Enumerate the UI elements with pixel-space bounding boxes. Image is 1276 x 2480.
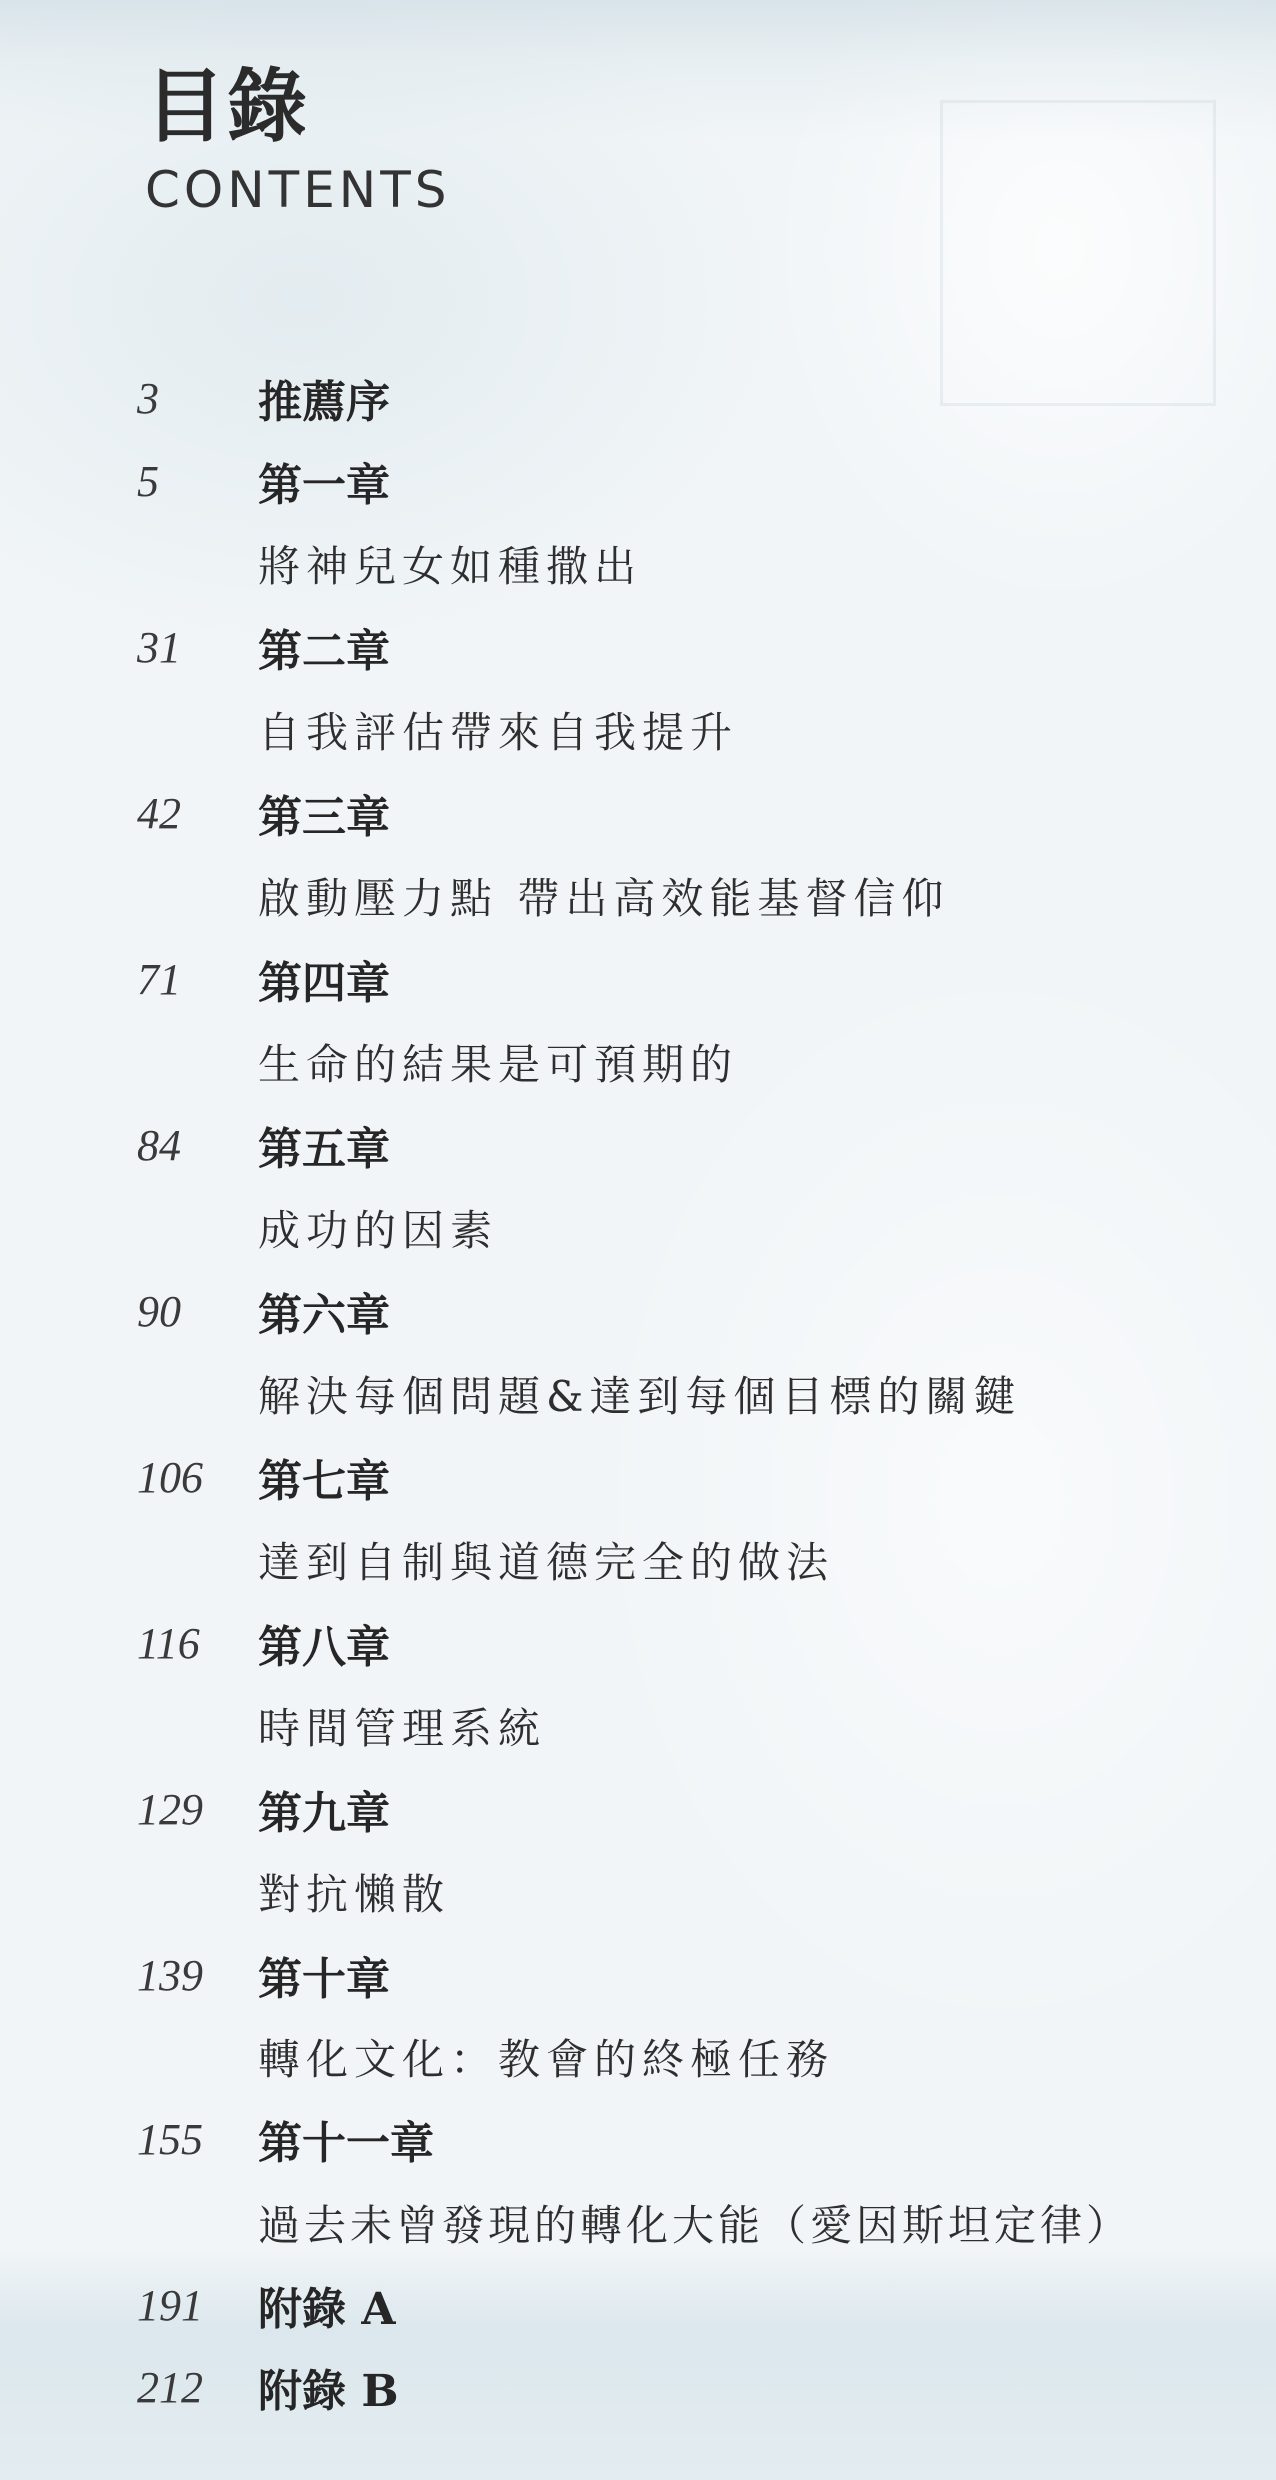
chapter-title[interactable]: 第九章 bbox=[258, 1777, 390, 1841]
chapter-subtitle[interactable]: 將神兒女如種撒出 bbox=[258, 534, 642, 594]
page-number: 42 bbox=[137, 788, 247, 839]
page-number: 31 bbox=[137, 622, 247, 673]
page-number: 84 bbox=[137, 1120, 247, 1171]
chapter-title[interactable]: 第一章 bbox=[258, 449, 390, 513]
page-number: 212 bbox=[137, 2362, 247, 2413]
page-number: 139 bbox=[137, 1950, 247, 2001]
page-number: 90 bbox=[137, 1286, 247, 1337]
chapter-subtitle[interactable]: 解決每個問題&達到每個目標的關鍵 bbox=[258, 1364, 1021, 1424]
chapter-title[interactable]: 第六章 bbox=[258, 1279, 390, 1343]
chapter-title[interactable]: 第十章 bbox=[258, 1943, 390, 2007]
chapter-title[interactable]: 第十一章 bbox=[258, 2107, 434, 2171]
page-number: 106 bbox=[137, 1452, 247, 1503]
page-subtitle: CONTENTS bbox=[145, 160, 451, 220]
chapter-subtitle[interactable]: 對抗懶散 bbox=[258, 1862, 450, 1922]
chapter-title[interactable]: 第二章 bbox=[258, 615, 390, 679]
appendix-title[interactable]: 附錄 A bbox=[258, 2273, 395, 2337]
chapter-title[interactable]: 第五章 bbox=[258, 1113, 390, 1177]
chapter-subtitle[interactable]: 過去未曾發現的轉化大能（愛因斯坦定律） bbox=[258, 2193, 1132, 2253]
chapter-subtitle[interactable]: 生命的結果是可預期的 bbox=[258, 1032, 738, 1092]
chapter-subtitle[interactable]: 啟動壓力點 帶出高效能基督信仰 bbox=[258, 866, 949, 926]
chapter-subtitle[interactable]: 成功的因素 bbox=[258, 1198, 498, 1258]
page-number: 3 bbox=[137, 373, 247, 424]
chapter-subtitle[interactable]: 達到自制與道德完全的做法 bbox=[258, 1530, 834, 1590]
chapter-subtitle[interactable]: 時間管理系統 bbox=[258, 1696, 546, 1756]
chapter-title[interactable]: 第四章 bbox=[258, 947, 390, 1011]
page-number: 116 bbox=[137, 1618, 247, 1669]
page-number: 191 bbox=[137, 2280, 247, 2331]
page-number: 5 bbox=[137, 456, 247, 507]
page-title: 目錄 bbox=[145, 62, 451, 152]
page-number: 71 bbox=[137, 954, 247, 1005]
page-header: 目錄 CONTENTS bbox=[145, 62, 451, 220]
chapter-title[interactable]: 第三章 bbox=[258, 781, 390, 845]
appendix-title[interactable]: 附錄 B bbox=[258, 2355, 399, 2419]
chapter-subtitle[interactable]: 自我評估帶來自我提升 bbox=[258, 700, 738, 760]
page-number: 129 bbox=[137, 1784, 247, 1835]
page-number: 155 bbox=[137, 2114, 247, 2165]
chapter-subtitle[interactable]: 轉化文化：教會的終極任務 bbox=[258, 2027, 834, 2087]
background-decoration bbox=[940, 100, 1216, 406]
chapter-title[interactable]: 第八章 bbox=[258, 1611, 390, 1675]
chapter-title[interactable]: 第七章 bbox=[258, 1445, 390, 1509]
chapter-title[interactable]: 推薦序 bbox=[258, 366, 390, 430]
